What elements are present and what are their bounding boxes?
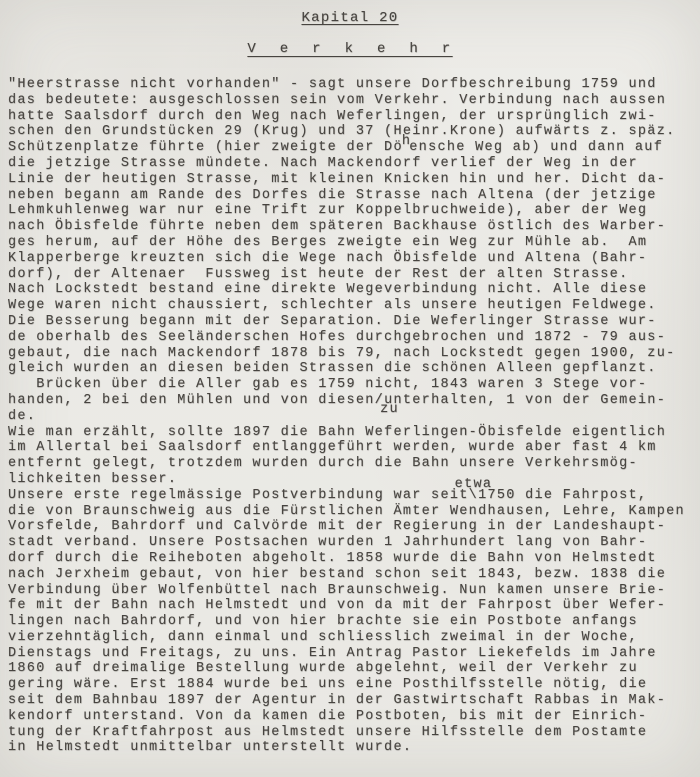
title-block: Kapital 20 [0, 8, 700, 26]
text-segment: unterhalten, 1 von der Gemein- [384, 393, 666, 408]
text-line: Klapperberge kreuzten sich die Wege nach… [8, 251, 698, 267]
text-line: Lehmkuhlenweg war nur eine Trift zur Kop… [8, 203, 698, 219]
text-line: Schützenplatze führte (hier zweigte der … [8, 140, 698, 156]
text-line: hatte Saalsdorf durch den Weg nach Wefer… [8, 109, 698, 125]
text-segment: \1750 die Fahrpost, [469, 488, 648, 503]
text-line: vierzehntäglich, dann einmal und schlies… [8, 630, 698, 646]
text-line: nach Öbisfelde führte neben dem späteren… [8, 219, 698, 235]
text-line: die von Braunschweig aus die Fürstlichen… [8, 504, 698, 520]
inserted-word: etwa [455, 477, 493, 493]
text-line: "Heerstrasse nicht vorhanden" - sagt uns… [8, 77, 698, 93]
text-line: fe mit der Bahn nach Helmstedt und von d… [8, 598, 698, 614]
section-title: V e r k e h r [247, 41, 452, 57]
text-line: kendorf unterstand. Von da kamen die Pos… [8, 709, 698, 725]
text-line: Die Besserung begann mit der Separation.… [8, 314, 698, 330]
text-line: 1860 auf dreimalige Bestellung wurde abg… [8, 661, 698, 677]
text-segment: handen, 2 bei den Mühlen und von diesen/ [8, 393, 384, 408]
text-line: seit dem Bahnbau 1897 der Agentur in der… [8, 693, 698, 709]
text-line: die jetzige Strasse mündete. Nach Macken… [8, 156, 698, 172]
text-line: Linie der heutigen Strasse, mit kleinen … [8, 172, 698, 188]
text-line: de. [8, 409, 698, 425]
text-line: Verbindung über Wolfenbüttel nach Brauns… [8, 583, 698, 599]
text-segment: Unsere erste regelmässige Postverbindung… [8, 488, 469, 503]
text-line: Dienstags und Freitags, zu uns. Ein Antr… [8, 646, 698, 662]
document-body: "Heerstrasse nicht vorhanden" - sagt uns… [8, 77, 698, 756]
text-segment: ensche Weg ab) und dann auf [409, 140, 663, 155]
text-line: neben begann am Rande des Dorfes die Str… [8, 188, 698, 204]
text-line: lingen nach Bahrdorf, und von hier brach… [8, 614, 698, 630]
text-line: dorf durch die Reiheboten abgeholt. 1858… [8, 551, 698, 567]
text-line: Nach Lockstedt bestand eine direkte Wege… [8, 282, 698, 298]
text-line: handen, 2 bei den Mühlen und von diesen/… [8, 393, 698, 409]
text-line: Wie man erzählt, sollte 1897 die Bahn We… [8, 425, 698, 441]
subtitle-block: V e r k e h r [0, 39, 700, 57]
text-line: im Allertal bei Saalsdorf entlanggeführt… [8, 440, 698, 456]
text-line: de oberhalb des Seeländerschen Hofes dur… [8, 330, 698, 346]
text-line: entfernt gelegt, trotzdem wurden durch d… [8, 456, 698, 472]
text-segment: Schützenplatze führte (hier zweigte der … [8, 140, 403, 155]
text-line: nach Jerxheim gebaut, von hier bestand s… [8, 567, 698, 583]
text-line: ges herum, auf der Höhe des Berges zweig… [8, 235, 698, 251]
document-page: Kapital 20 V e r k e h r "Heerstrasse ni… [0, 0, 700, 777]
text-line: stadt verband. Unsere Postsachen wurden … [8, 535, 698, 551]
text-line: gering wäre. Erst 1884 wurde bei uns ein… [8, 677, 698, 693]
text-line: tung der Kraftfahrpost aus Helmstedt uns… [8, 725, 698, 741]
inserted-letter: h [402, 134, 411, 149]
text-line: das bedeutete: ausgeschlossen sein vom V… [8, 93, 698, 109]
text-line: Wege waren nicht chaussiert, schlechter … [8, 298, 698, 314]
inserted-word: zu [380, 402, 399, 418]
text-line: gebaut, die nach Mackendorf 1878 bis 79,… [8, 346, 698, 362]
text-line: schen den Grundstücken 29 (Krug) und 37 … [8, 124, 698, 140]
text-line: lichkeiten besser. [8, 472, 698, 488]
chapter-title: Kapital 20 [301, 10, 398, 26]
text-line: Vorsfelde, Bahrdorf und Calvörde mit der… [8, 519, 698, 535]
text-line: dorf), der Altenaer Fussweg ist heute de… [8, 267, 698, 283]
text-line: gleich wurden an diesen beiden Strassen … [8, 361, 698, 377]
text-line: in Helmstedt unmittelbar unterstellt wur… [8, 740, 698, 756]
text-line: Brücken über die Aller gab es 1759 nicht… [8, 377, 698, 393]
text-line: Unsere erste regelmässige Postverbindung… [8, 488, 698, 504]
